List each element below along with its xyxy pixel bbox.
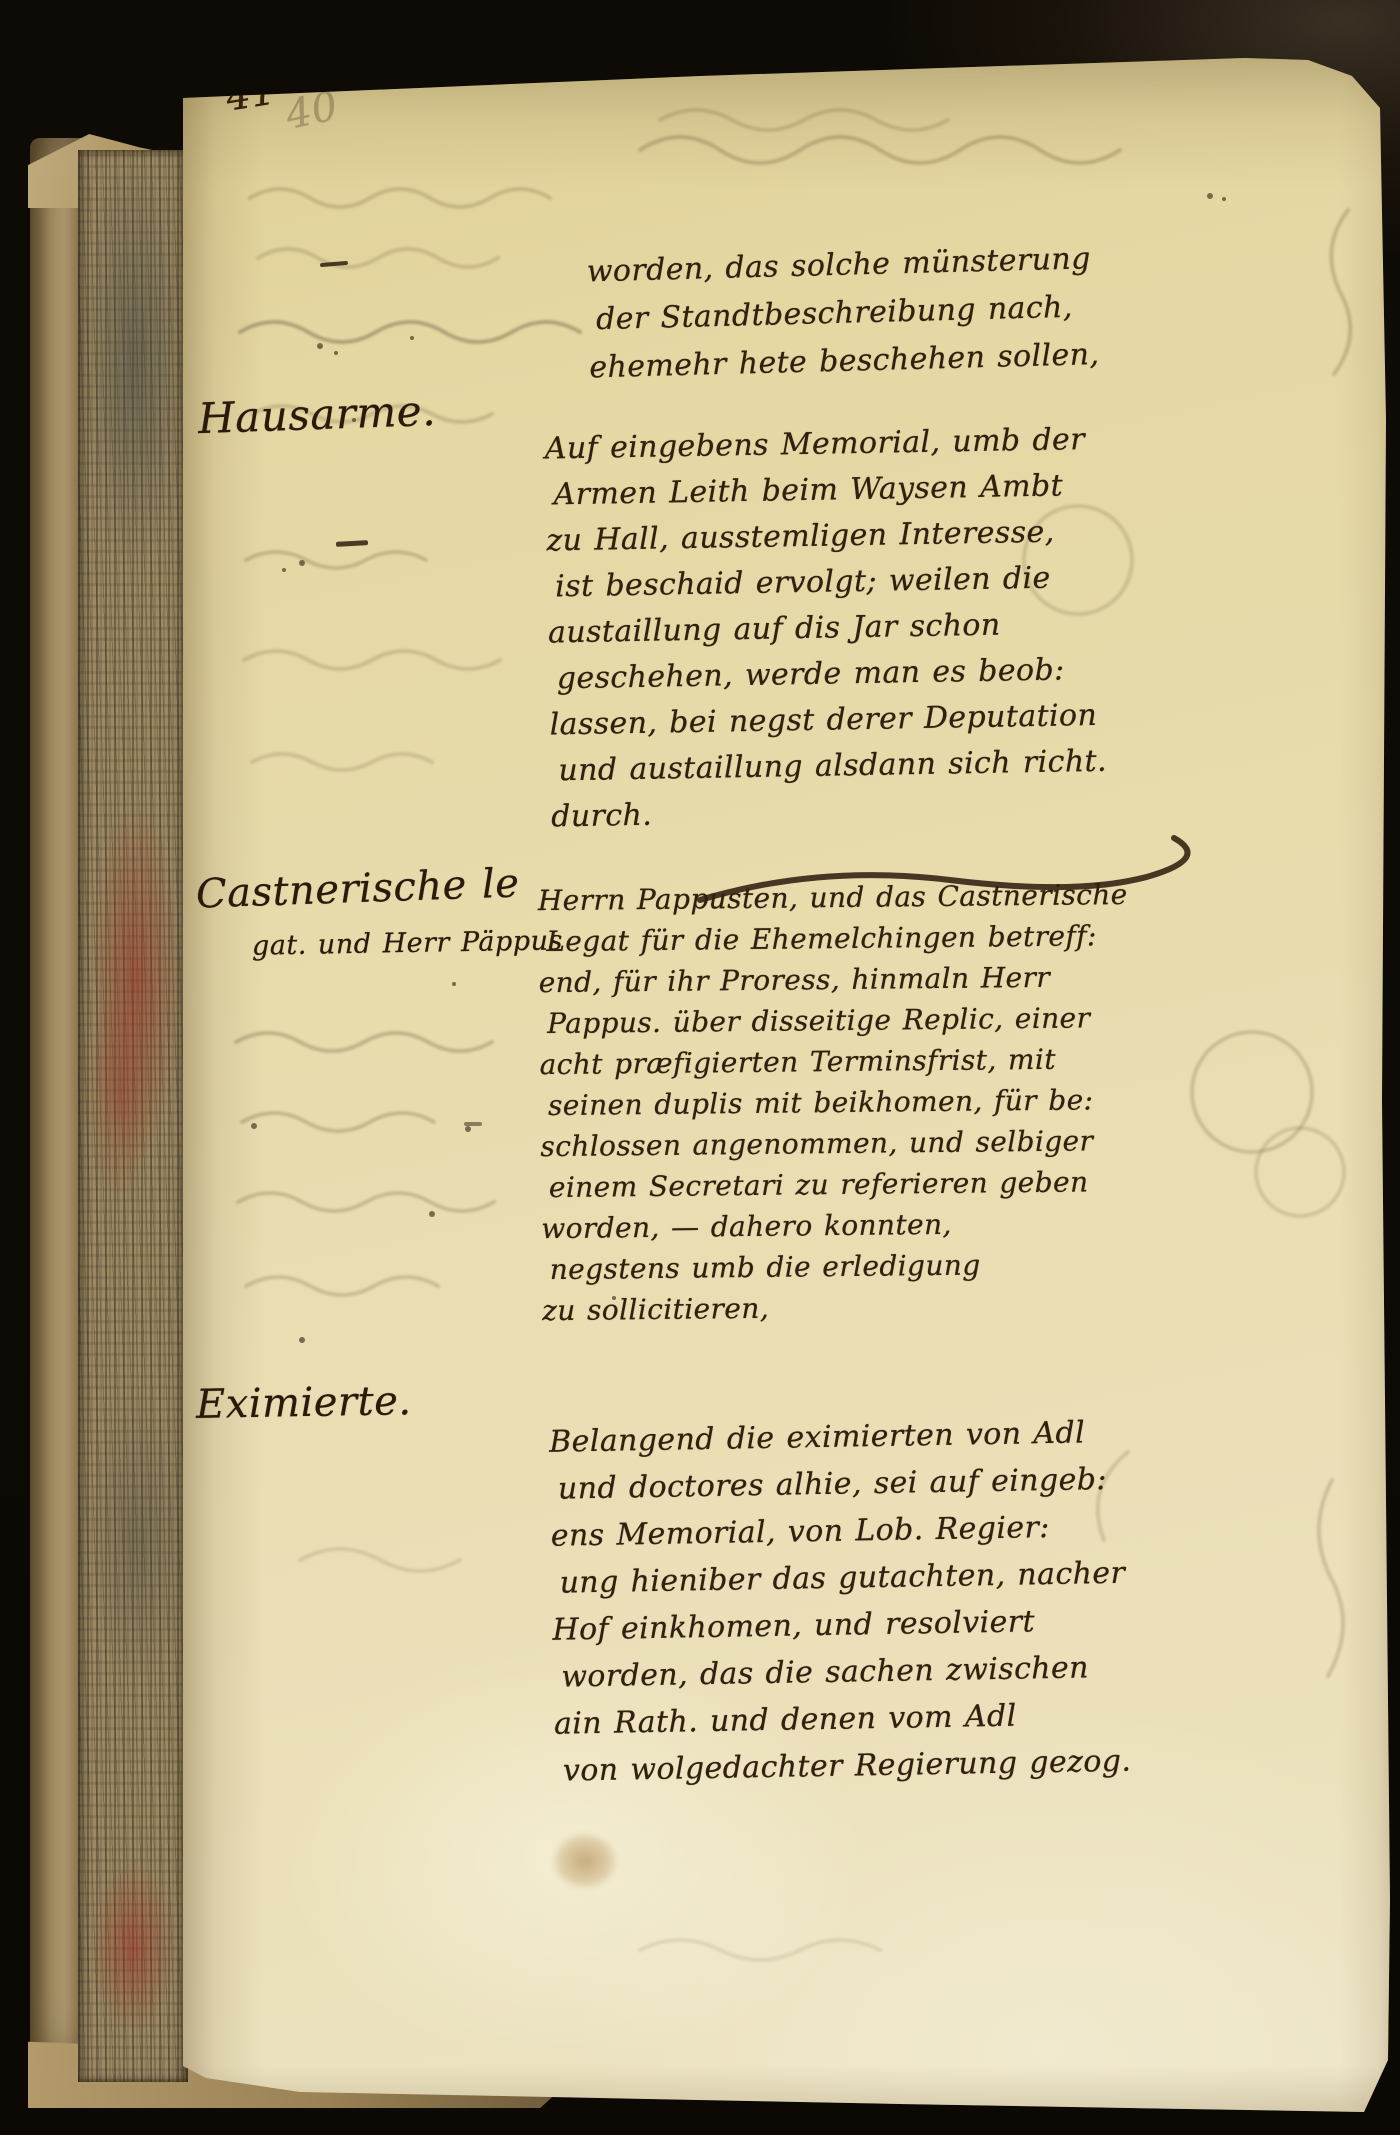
entry-paragraph-castnerische: Herrn Pappusten, und das Castnerische Le… (538, 872, 1333, 1331)
paper-stain (540, 1822, 630, 1900)
ink-dash-mark (336, 540, 368, 547)
entry-paragraph-eximierte: Belangend die eximierten von Adl und doc… (549, 1405, 1325, 1794)
ink-dash-mark (464, 1122, 482, 1126)
page-block-fore-edge (78, 150, 188, 2082)
manuscript-page: 41 40 worden, das solche münsterung der … (0, 0, 1400, 2135)
ink-specks (0, 0, 4, 4)
ink-dash-mark (320, 261, 348, 267)
margin-heading-castnerische-line2: gat. und Herr Päppus (252, 925, 563, 961)
margin-heading-castnerische: Castnerische le (195, 860, 520, 917)
margin-heading-eximierte: Eximierte. (196, 1378, 412, 1428)
folio-number-faded: 40 (282, 83, 342, 139)
entry-paragraph-hausarme: Auf eingebens Memorial, umb der Armen Le… (544, 414, 1291, 841)
manuscript-photo: 41 40 worden, das solche münsterung der … (0, 0, 1400, 2135)
red-edge-mark (1326, 59, 1354, 67)
folio-number: 41 (223, 68, 279, 119)
manuscript-line: zu sollicitieren, (542, 1282, 1332, 1331)
margin-heading-hausarme: Hausarme. (197, 386, 436, 443)
entry-paragraph-continuation: worden, das solche münsterung der Standt… (586, 232, 1230, 393)
